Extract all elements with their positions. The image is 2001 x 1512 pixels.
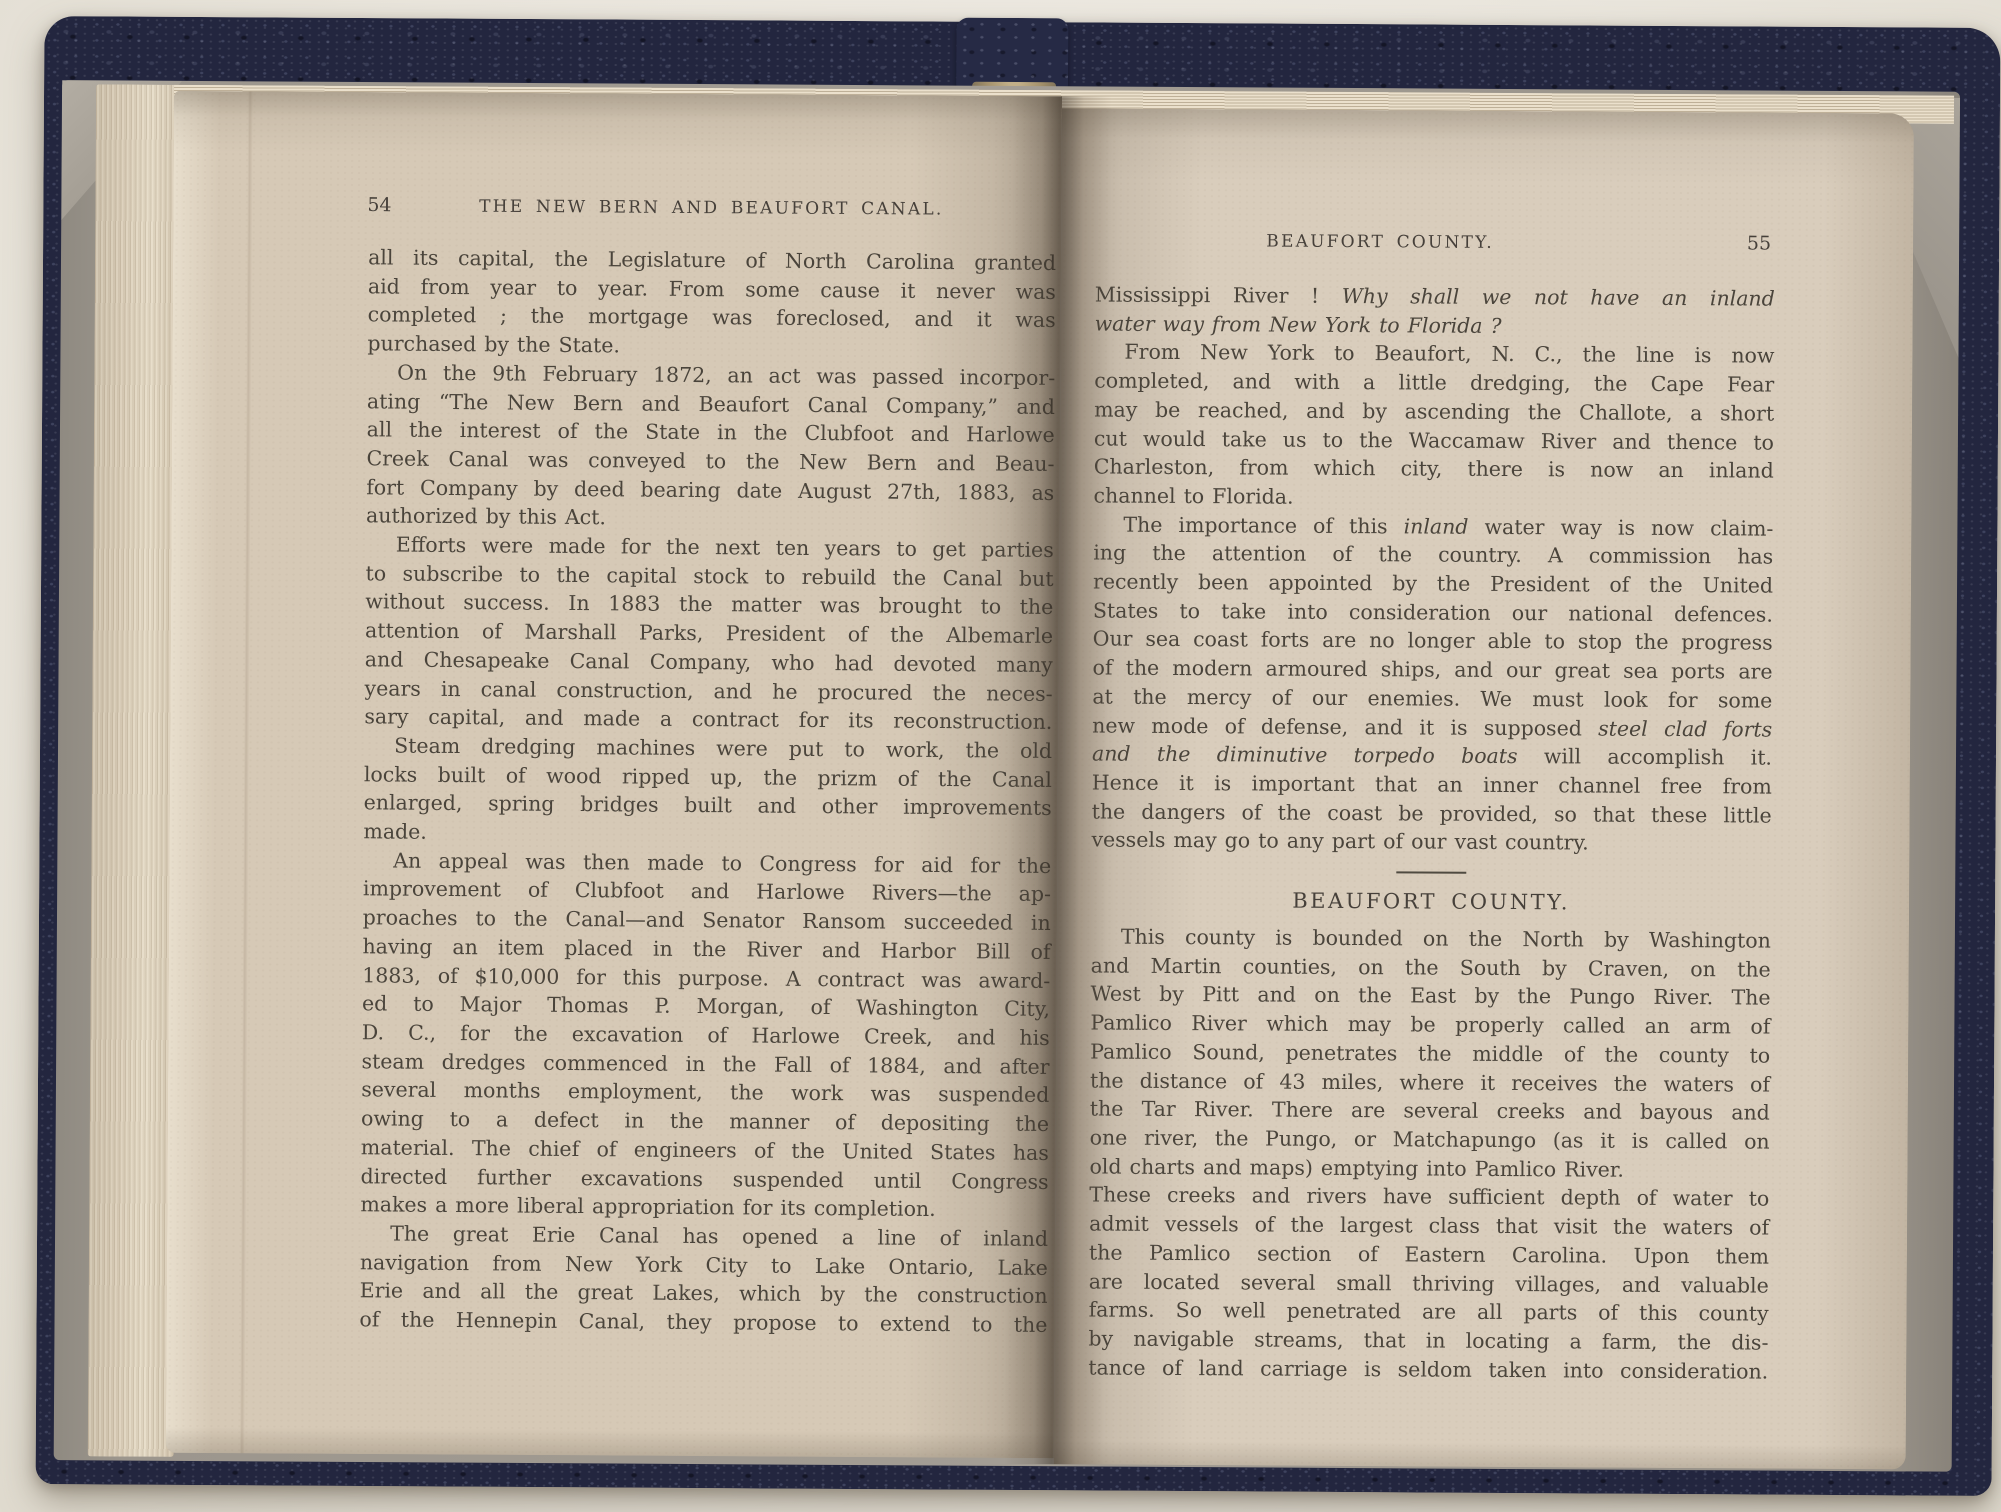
text-line: and the diminutive torpedo boats will ac… (1092, 740, 1772, 773)
text-line: new mode of defense, and it is supposed … (1092, 711, 1772, 744)
text-segment: new mode of defense, and it is supposed (1092, 713, 1598, 740)
italic-text-segment: water way from New York to Florida ? (1095, 311, 1502, 337)
italic-text-segment: Why shall we not have an inland (1342, 284, 1775, 311)
text-line: water way from New York to Florida ? (1095, 309, 1775, 342)
text-line: Mississippi River ! Why shall we not hav… (1095, 280, 1775, 313)
text-line: cut would take us to the Waccamaw River … (1094, 424, 1774, 457)
right-page: BEAUFORT COUNTY. 55 Mississippi River ! … (1054, 108, 1914, 1469)
text-line: recently been appointed by the President… (1093, 567, 1773, 600)
text-segment: water way is now claim- (1468, 514, 1773, 540)
text-line: old charts and maps) emptying into Pamli… (1089, 1152, 1769, 1185)
section-divider-rule (1396, 871, 1466, 873)
section-heading: BEAUFORT COUNTY. (1091, 885, 1771, 919)
italic-text-segment: and the diminutive torpedo boats (1092, 742, 1518, 769)
text-line: vessels may go to any part of our vast c… (1091, 826, 1771, 859)
text-line: tance of land carriage is seldom taken i… (1088, 1353, 1768, 1386)
text-line: the distance of 43 miles, where it recei… (1090, 1066, 1770, 1099)
text-line: channel to Florida. (1094, 481, 1774, 514)
text-line: This county is bounded on the North by W… (1091, 923, 1771, 956)
italic-text-segment: inland (1404, 514, 1469, 538)
text-line: and Martin counties, on the South by Cra… (1091, 951, 1771, 984)
text-line: Pamlico River which may be properly call… (1090, 1009, 1770, 1042)
text-line: Pamlico Sound, penetrates the middle of … (1090, 1037, 1770, 1070)
text-line: admit vessels of the largest class that … (1089, 1210, 1769, 1243)
text-line: the Pamlico section of Eastern Carolina.… (1089, 1238, 1769, 1271)
text-line: ing the attention of the country. A comm… (1093, 539, 1773, 572)
page-number-right: 55 (1747, 232, 1771, 254)
text-line: States to take into consideration our na… (1093, 596, 1773, 629)
text-line: by navigable streams, that in locating a… (1088, 1324, 1768, 1357)
text-line: one river, the Pungo, or Matchapungo (as… (1090, 1123, 1770, 1156)
page-number-left: 54 (367, 194, 391, 216)
text-line: Hence it is important that an inner chan… (1092, 768, 1772, 801)
text-line: completed, and with a little dredging, t… (1094, 367, 1774, 400)
text-line: The importance of this inland water way … (1093, 510, 1773, 543)
right-page-text: Mississippi River ! Why shall we not hav… (1088, 280, 1775, 1385)
text-line: of the Hennepin Canal, they propose to e… (359, 1305, 1047, 1339)
open-book: 54 THE NEW BERN AND BEAUFORT CANAL. all … (36, 16, 2001, 1496)
text-segment: Mississippi River ! (1095, 282, 1342, 308)
left-page-header: 54 THE NEW BERN AND BEAUFORT CANAL. (367, 196, 1055, 220)
text-segment: The importance of this (1123, 512, 1403, 538)
left-page-text: all its capital, the Legislature of Nort… (359, 243, 1056, 1339)
text-line: enlarged, spring bridges built and other… (364, 789, 1052, 823)
text-line: of the modern armoured ships, and our gr… (1092, 654, 1772, 687)
text-line: From New York to Beaufort, N. C., the li… (1094, 338, 1774, 371)
text-line: These creeks and rivers have sufficient … (1089, 1181, 1769, 1214)
left-page: 54 THE NEW BERN AND BEAUFORT CANAL. all … (166, 91, 1062, 1458)
text-line: Our sea coast forts are no longer able t… (1093, 625, 1773, 658)
text-line: may be reached, and by ascending the Cha… (1094, 395, 1774, 428)
text-line: farms. So well penetrated are all parts … (1089, 1296, 1769, 1329)
running-header-right: BEAUFORT COUNTY. (1266, 232, 1494, 253)
text-line: West by Pitt and on the East by the Pung… (1090, 980, 1770, 1013)
text-line: the dangers of the coast be provided, so… (1092, 797, 1772, 830)
italic-text-segment: steel clad forts (1598, 716, 1772, 741)
text-line: are located several small thriving villa… (1089, 1267, 1769, 1300)
text-line: at the mercy of our enemies. We must loo… (1092, 682, 1772, 715)
running-header-left: THE NEW BERN AND BEAUFORT CANAL. (479, 197, 943, 220)
right-page-header: BEAUFORT COUNTY. 55 (1095, 230, 1775, 254)
text-line: the Tar River. There are several creeks … (1090, 1095, 1770, 1128)
text-line: Charleston, from which city, there is no… (1094, 453, 1774, 486)
text-segment: will accomplish it. (1517, 744, 1772, 770)
spine-headcap (956, 18, 1068, 91)
